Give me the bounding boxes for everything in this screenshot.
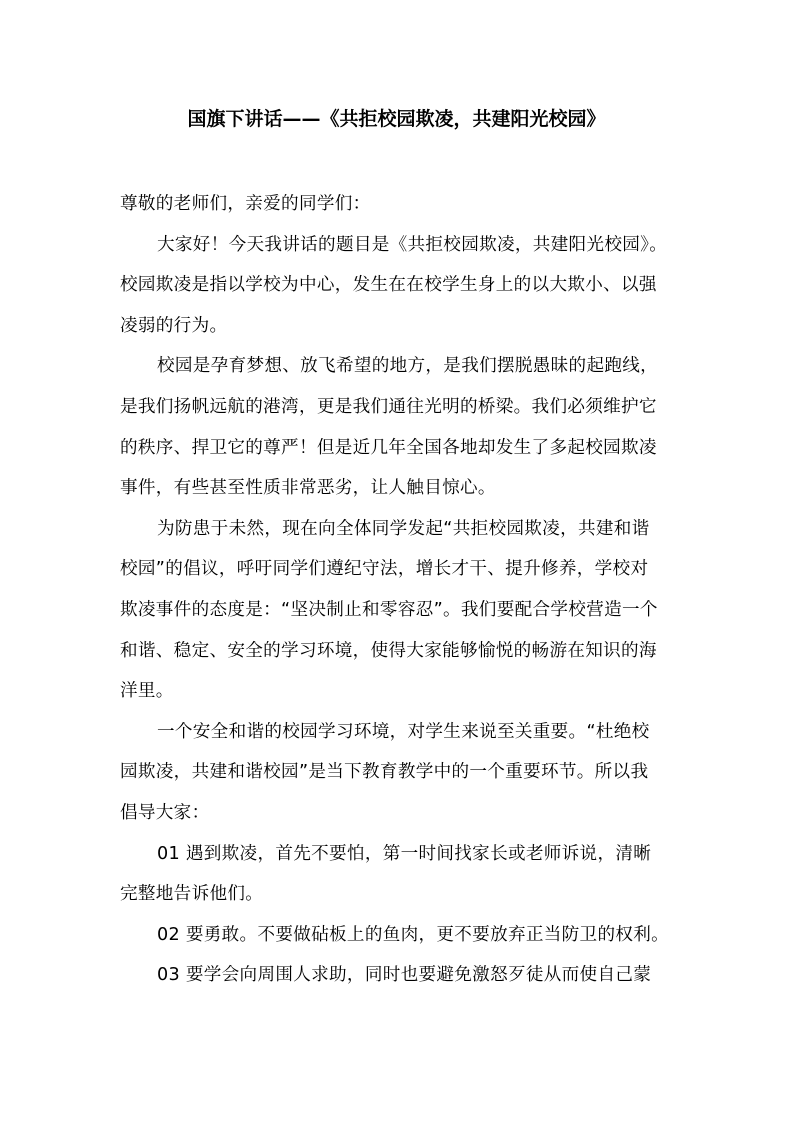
paragraph-line: 的秩序、捍卫它的尊严！但是近几年全国各地却发生了多起校园欺凌 <box>120 428 680 469</box>
document-page: 国旗下讲话——《共拒校园欺凌，共建阳光校园》 尊敬的老师们，亲爱的同学们： 大家… <box>0 0 793 1122</box>
paragraph-line: 欺凌事件的态度是：“坚决制止和零容忍”。我们要配合学校营造一个 <box>120 590 680 631</box>
list-item-01-continued: 完整地告诉他们。 <box>120 874 680 915</box>
document-title: 国旗下讲话——《共拒校园欺凌，共建阳光校园》 <box>0 105 793 133</box>
paragraph-line: 校园欺凌是指以学校为中心，发生在在校学生身上的以大欺小、以强 <box>120 265 680 306</box>
paragraph-line: 事件，有些甚至性质非常恶劣，让人触目惊心。 <box>120 468 680 509</box>
paragraph-line: 校园是孕育梦想、放飞希望的地方，是我们摆脱愚昧的起跑线， <box>120 346 680 387</box>
paragraph-line: 大家好！今天我讲话的题目是《共拒校园欺凌，共建阳光校园》。 <box>120 225 680 266</box>
document-body: 尊敬的老师们，亲爱的同学们： 大家好！今天我讲话的题目是《共拒校园欺凌，共建阳光… <box>120 184 680 996</box>
paragraph-line: 和谐、稳定、安全的学习环境，使得大家能够愉悦的畅游在知识的海 <box>120 631 680 672</box>
paragraph-line: 是我们扬帆远航的港湾，更是我们通往光明的桥梁。我们必须维护它 <box>120 387 680 428</box>
paragraph-line: 洋里。 <box>120 671 680 712</box>
paragraph-line: 一个安全和谐的校园学习环境，对学生来说至关重要。“杜绝校 <box>120 712 680 753</box>
paragraph-line: 为防患于未然，现在向全体同学发起“共拒校园欺凌，共建和谐 <box>120 509 680 550</box>
paragraph-line: 凌弱的行为。 <box>120 306 680 347</box>
paragraph-line: 园欺凌，共建和谐校园”是当下教育教学中的一个重要环节。所以我 <box>120 752 680 793</box>
paragraph-line: 倡导大家： <box>120 793 680 834</box>
list-item-02: 02 要勇敢。不要做砧板上的鱼肉，更不要放弃正当防卫的权利。 <box>120 915 680 956</box>
list-item-01: 01 遇到欺凌，首先不要怕，第一时间找家长或老师诉说，清晰 <box>120 834 680 875</box>
paragraph-line: 校园”的倡议，呼吁同学们遵纪守法，增长才干、提升修养，学校对 <box>120 549 680 590</box>
list-item-03: 03 要学会向周围人求助，同时也要避免激怒歹徒从而使自己蒙 <box>120 955 680 996</box>
salutation: 尊敬的老师们，亲爱的同学们： <box>120 184 680 225</box>
